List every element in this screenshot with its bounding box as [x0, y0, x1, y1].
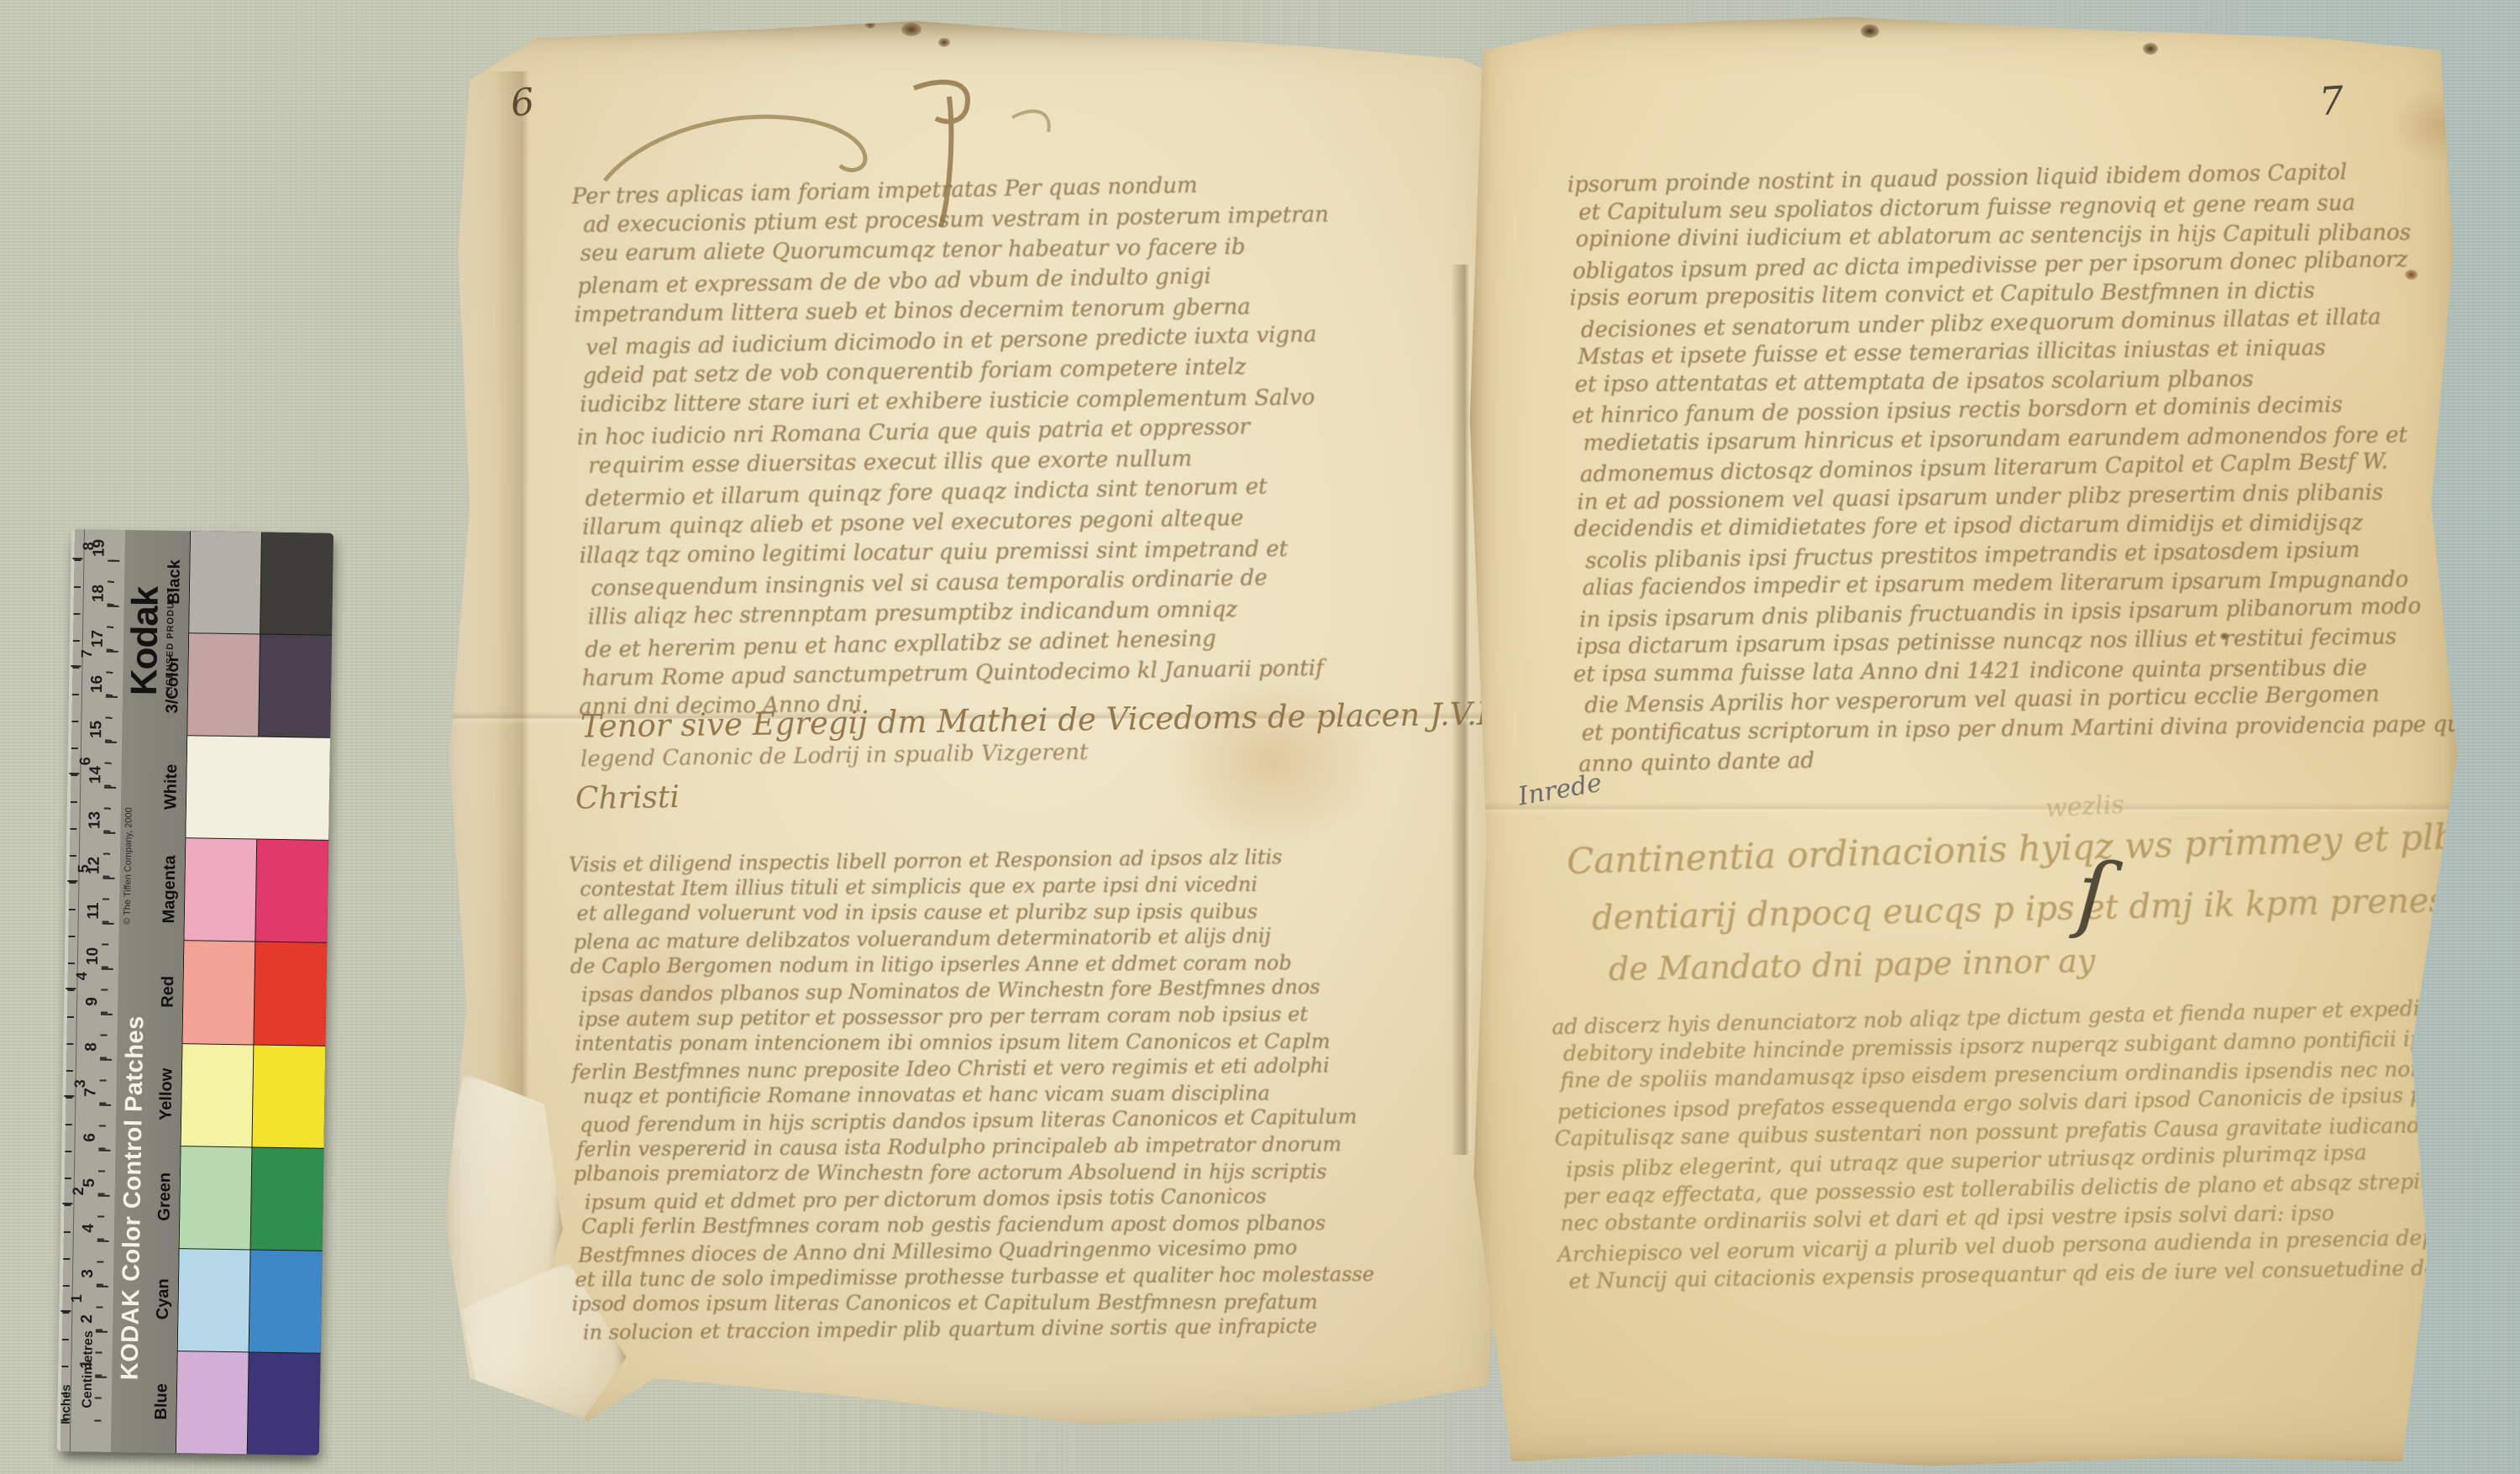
patch-white-full	[186, 736, 330, 840]
ruler-number: 5	[75, 864, 92, 873]
inch-tick	[71, 665, 81, 667]
cm-tick	[98, 1195, 110, 1197]
right-heading-line3: de Mandato dni pape innor ay	[1609, 942, 2096, 988]
kodak-color-control-card: Inches Centimetres 123456789101112131415…	[57, 529, 333, 1456]
inch-tick	[60, 1310, 71, 1312]
color-patches-grid	[175, 531, 333, 1456]
cm-tick	[107, 651, 118, 653]
stain	[901, 23, 921, 36]
row-label-cyan: Cyan	[154, 1278, 174, 1319]
ruler-number: 13	[86, 811, 104, 829]
row-label-yellow: Yellow	[156, 1068, 176, 1121]
manuscript-line: in solucion et traccion impedir plib qua…	[583, 1312, 1436, 1345]
cm-tick	[101, 1014, 113, 1015]
cm-tick	[95, 1377, 107, 1378]
left-heading-line2: legend Canonic de Lodrij in spualib Vizg…	[580, 740, 1089, 772]
inch-tick	[67, 880, 77, 882]
cm-tick	[102, 923, 114, 925]
cm-tick	[104, 787, 116, 789]
kodak-brand-text: Kodak	[123, 586, 167, 695]
cm-tick	[97, 1286, 108, 1288]
ruler-number: 5	[81, 1178, 99, 1188]
patch-red-light	[182, 942, 255, 1044]
row-label-blue: Blue	[152, 1383, 172, 1420]
patch-row-yellow	[181, 1044, 325, 1148]
ruler-number: 3	[71, 1079, 89, 1088]
patch-row-magenta	[184, 839, 328, 943]
ruler-number: 9	[83, 997, 102, 1006]
patch-row-green	[179, 1146, 323, 1251]
cm-tick	[100, 1059, 112, 1061]
folio-number-6: 6	[508, 81, 536, 126]
patch-row-3-color	[187, 633, 332, 737]
ruler-number: 2	[78, 1314, 97, 1324]
manuscript-page-left: 6 Per tres aplicas iam foriam impetratas…	[441, 21, 1509, 1430]
cm-tick	[106, 696, 118, 698]
ruler-number: 2	[70, 1187, 87, 1195]
dark-ink-paraph: ſ	[2074, 843, 2112, 943]
cm-tick	[108, 560, 119, 562]
faint-fragment: wezlis	[2045, 790, 2125, 824]
left-christi-invocation: Christi	[575, 780, 680, 816]
ruler-number: 1	[77, 1360, 96, 1369]
ruler-number: 4	[80, 1224, 98, 1233]
cm-tick	[96, 1331, 108, 1333]
patch-blue-dark	[248, 1352, 321, 1455]
right-text-block-2: ad discerz hyis denunciatorz nob aliqz t…	[1558, 996, 2428, 1297]
row-label-3-color: 3/Color	[163, 655, 183, 713]
manuscript-page-right: 7 ipsorum proinde nostint in quaud possi…	[1466, 13, 2461, 1467]
patch-magenta-dark	[256, 840, 329, 942]
stain	[865, 21, 875, 29]
inch-tick	[72, 558, 82, 559]
patch-yellow-light	[181, 1044, 254, 1146]
tiffen-copyright-text: © The Tiffen Company, 2000	[122, 807, 134, 925]
row-label-green: Green	[155, 1172, 175, 1221]
ruler-number: 6	[76, 757, 94, 765]
ruler-number: 7	[81, 1088, 100, 1097]
cm-tick	[98, 1150, 110, 1151]
cm-tick	[99, 1104, 111, 1106]
corner-stain	[2390, 88, 2482, 164]
inch-tick	[64, 1095, 74, 1097]
ruler-number: 6	[81, 1133, 100, 1142]
patch-yellow-dark	[253, 1045, 326, 1147]
patch-cyan-light	[177, 1249, 250, 1351]
archival-photo-stage: 6 Per tres aplicas iam foriam impetratas…	[0, 0, 2520, 1474]
patch-row-black	[189, 531, 333, 635]
cm-tick	[97, 1241, 109, 1242]
right-text-block-1: ipsorum proinde nostint in quaud possion…	[1574, 159, 2430, 778]
patch-3-color-dark	[259, 635, 332, 737]
patch-red-dark	[255, 942, 328, 1045]
ruler-number: 11	[85, 902, 103, 919]
manuscript-line: contestat Item illius tituli et simplici…	[580, 870, 1432, 902]
margin-note-inrede: Inrede	[1516, 768, 1604, 812]
folio-number-7: 7	[2318, 77, 2345, 124]
torn-flap	[428, 1072, 571, 1414]
manuscript-line: et illa tunc de solo impedimisse prothes…	[575, 1261, 1435, 1293]
ruler-number: 16	[88, 675, 107, 693]
left-page-folded-edge	[441, 71, 529, 1397]
ruler-number: 10	[84, 947, 102, 965]
ruler-number: 7	[78, 649, 96, 658]
right-heading-line1: Cantinentia ordinacionis hyiqz ws primme…	[1567, 810, 2520, 882]
inch-tick	[62, 1203, 72, 1204]
manuscript-line: ipse autem sup petitor et possessor pro …	[578, 1000, 1433, 1032]
cm-tick	[103, 832, 115, 834]
ruler-number: 15	[87, 721, 106, 738]
right-heading-line2: dentiarij dnpocq eucqs p ips et dmj ik k…	[1592, 879, 2519, 937]
ruler-number: 8	[80, 542, 97, 550]
cm-tick	[102, 878, 114, 879]
ruler-number: 17	[89, 630, 108, 648]
inch-tick	[66, 988, 76, 989]
left-text-block-2: Visis et diligend inspectis libell porro…	[575, 844, 1436, 1345]
inch-tick	[69, 773, 79, 774]
patch-3-color-light	[187, 633, 260, 736]
ruler-number: 1	[68, 1294, 86, 1303]
card-title-text: KODAK Color Control Patches	[116, 1015, 150, 1380]
horizontal-crease	[1466, 802, 2461, 816]
row-label-magenta: Magenta	[160, 855, 180, 923]
patch-black-dark	[260, 532, 333, 635]
patch-magenta-light	[184, 839, 257, 942]
stain	[1861, 24, 1879, 38]
centimetres-label: Centimetres	[81, 1330, 97, 1408]
left-text-block-1: Per tres aplicas iam foriam impetratas P…	[579, 168, 1439, 724]
ruler-number: 4	[73, 972, 91, 980]
inches-label: Inches	[59, 1384, 74, 1424]
patch-blue-light	[176, 1351, 249, 1454]
stain	[2143, 43, 2158, 55]
cm-tick	[108, 606, 119, 607]
patch-green-light	[179, 1146, 252, 1249]
patch-row-white	[186, 736, 330, 840]
patch-row-red	[182, 942, 327, 1046]
patch-black-light	[189, 531, 262, 633]
patch-row-labels: Black3/ColorWhiteMagentaRedYellowGreenCy…	[125, 530, 190, 531]
cm-tick	[102, 968, 113, 970]
row-label-red: Red	[158, 976, 178, 1008]
patch-row-blue	[176, 1351, 320, 1456]
ruler-number: 8	[82, 1042, 101, 1052]
manuscript-line: ferlin vespererid in causa ista Rodulpho…	[576, 1130, 1434, 1162]
ruler-number: 3	[79, 1269, 97, 1278]
patch-row-cyan	[177, 1249, 322, 1353]
patch-cyan-dark	[249, 1250, 323, 1352]
row-label-white: White	[161, 764, 181, 810]
ruler-number: 18	[90, 585, 108, 602]
stain	[938, 38, 950, 47]
patch-green-dark	[251, 1147, 324, 1250]
row-label-black: Black	[165, 559, 185, 605]
ruler-number: 14	[87, 766, 105, 784]
cm-tick	[105, 742, 117, 743]
